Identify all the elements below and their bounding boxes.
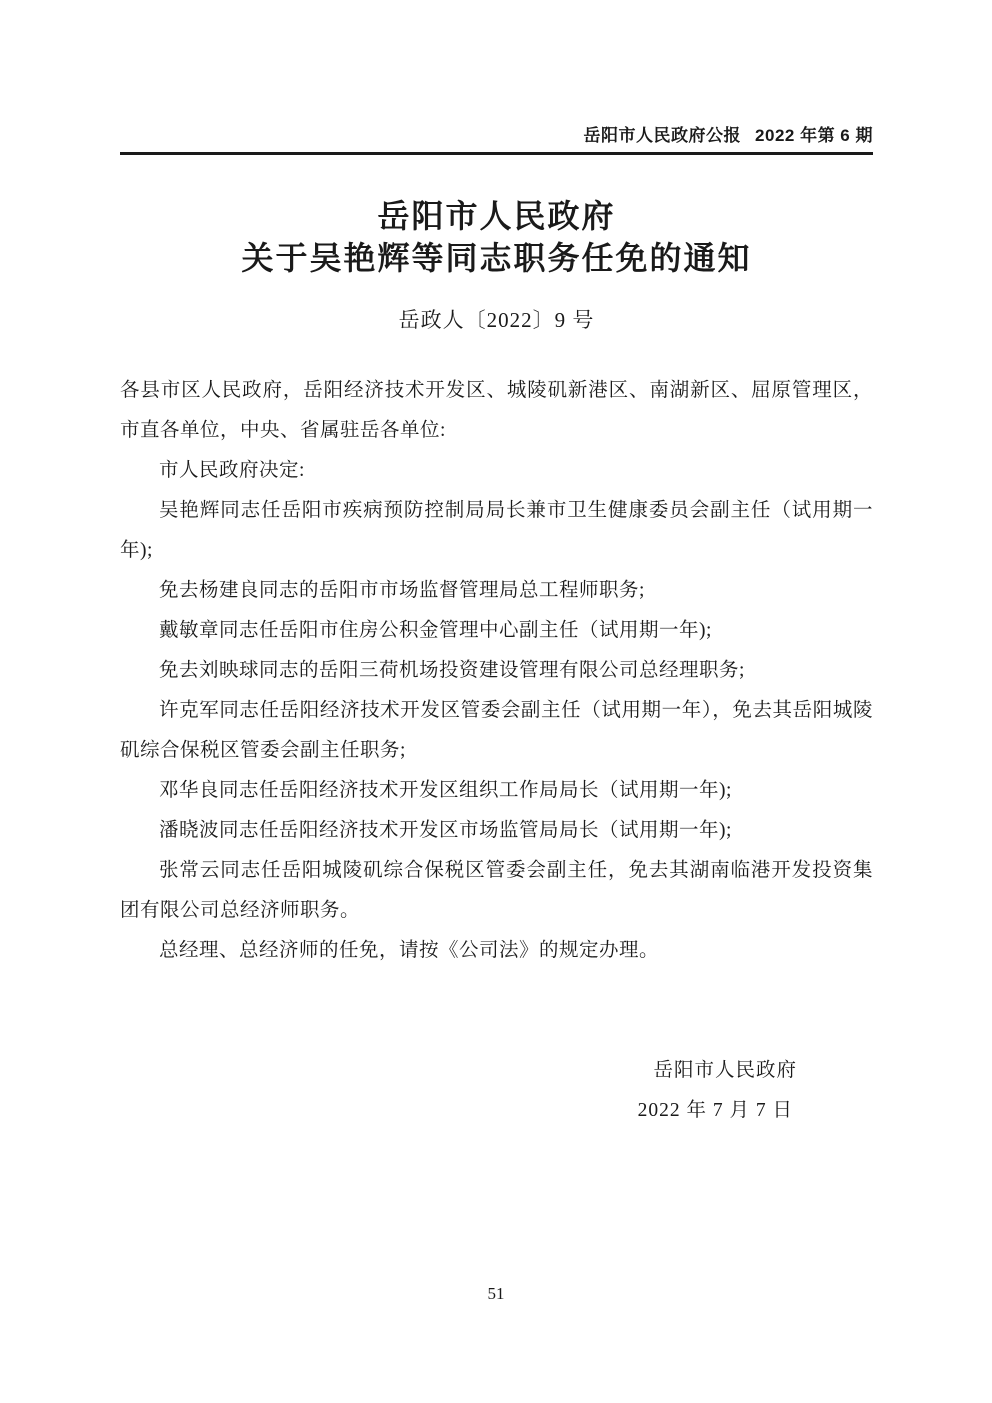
body-paragraph: 邓华良同志任岳阳经济技术开发区组织工作局局长（试用期一年); [120, 771, 873, 811]
document-number: 岳政人〔2022〕9 号 [120, 305, 873, 335]
journal-issue: 2022 年第 6 期 [755, 124, 873, 148]
page-number: 51 [0, 1283, 992, 1305]
document-body: 各县市区人民政府，岳阳经济技术开发区、城陵矶新港区、南湖新区、屈原管理区，市直各… [120, 371, 873, 971]
salutation-paragraph: 各县市区人民政府，岳阳经济技术开发区、城陵矶新港区、南湖新区、屈原管理区，市直各… [120, 371, 873, 451]
body-paragraph: 张常云同志任岳阳城陵矶综合保税区管委会副主任，免去其湖南临港开发投资集团有限公司… [120, 851, 873, 931]
document-title-line2: 关于吴艳辉等同志职务任免的通知 [120, 237, 873, 279]
journal-title: 岳阳市人民政府公报 [584, 124, 742, 148]
body-paragraph: 戴敏章同志任岳阳市住房公积金管理中心副主任（试用期一年); [120, 611, 873, 651]
header-rule [120, 152, 873, 155]
body-paragraph: 潘晓波同志任岳阳经济技术开发区市场监管局局长（试用期一年); [120, 811, 873, 851]
journal-header: 岳阳市人民政府公报 2022 年第 6 期 [120, 0, 873, 148]
body-paragraph: 市人民政府决定: [120, 451, 873, 491]
issue-date: 2022 年 7 月 7 日 [120, 1091, 873, 1131]
body-paragraph: 免去刘映球同志的岳阳三荷机场投资建设管理有限公司总经理职务; [120, 651, 873, 691]
body-paragraph: 免去杨建良同志的岳阳市市场监督管理局总工程师职务; [120, 571, 873, 611]
body-paragraph: 许克军同志任岳阳经济技术开发区管委会副主任（试用期一年），免去其岳阳城陵矶综合保… [120, 691, 873, 771]
document-title: 岳阳市人民政府 关于吴艳辉等同志职务任免的通知 [120, 195, 873, 279]
issuing-authority: 岳阳市人民政府 [120, 1051, 873, 1091]
gazette-page: 岳阳市人民政府公报 2022 年第 6 期 岳阳市人民政府 关于吴艳辉等同志职务… [0, 0, 992, 1403]
body-paragraph: 总经理、总经济师的任免，请按《公司法》的规定办理。 [120, 931, 873, 971]
body-paragraph: 吴艳辉同志任岳阳市疾病预防控制局局长兼市卫生健康委员会副主任（试用期一年); [120, 491, 873, 571]
document-title-line1: 岳阳市人民政府 [120, 195, 873, 237]
signature-block: 岳阳市人民政府 2022 年 7 月 7 日 [120, 1051, 873, 1131]
